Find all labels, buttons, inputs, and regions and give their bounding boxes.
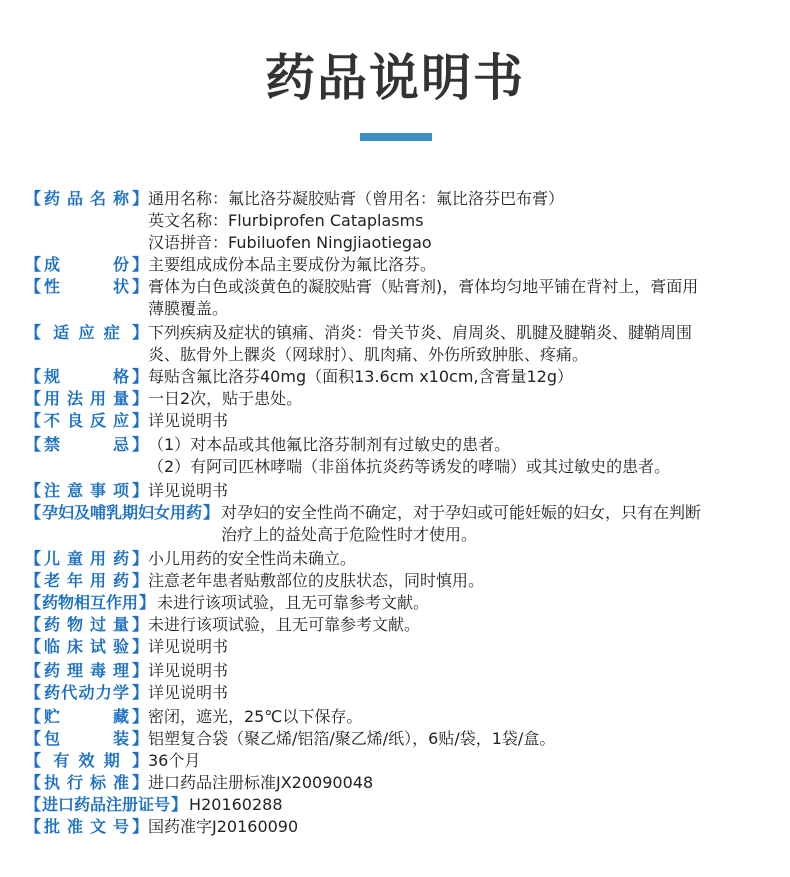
close-bracket: 】 <box>132 388 148 410</box>
section-label-text: 药理毒理 <box>41 660 132 682</box>
close-bracket: 】 <box>132 434 148 456</box>
open-bracket: 【 <box>25 480 41 502</box>
open-bracket: 【 <box>25 366 41 388</box>
section-value: 进口药品注册标准JX20090048 <box>148 772 785 794</box>
close-bracket: 】 <box>132 548 148 570</box>
section-value-line: 详见说明书 <box>148 682 785 704</box>
open-bracket: 【 <box>25 816 41 838</box>
section-value: 国药准字J20160090 <box>148 816 785 838</box>
close-bracket: 】 <box>132 254 148 276</box>
section-row: 【贮藏】密闭，遮光，25℃以下保存。 <box>25 706 785 728</box>
section-value-line: 薄膜覆盖。 <box>148 298 785 320</box>
section-row: 【药理毒理】详见说明书 <box>25 660 785 682</box>
section-label: 【性状】 <box>25 276 148 298</box>
open-bracket: 【 <box>25 660 41 682</box>
section-label-text: 适应症 <box>41 322 132 344</box>
section-value: 每贴含氟比洛芬40mg（面积13.6cm x10cm,含膏量12g） <box>148 366 785 388</box>
close-bracket: 】 <box>132 410 148 432</box>
instruction-sections: 【药品名称】通用名称：氟比洛芬凝胶贴膏（曾用名：氟比洛芬巴布膏）英文名称：Flu… <box>25 188 785 838</box>
section-label: 【临床试验】 <box>25 636 148 658</box>
section-label-text: 注意事项 <box>41 480 132 502</box>
section-label: 【适应症】 <box>25 322 148 344</box>
section-label-text: 老年用药 <box>41 570 132 592</box>
close-bracket: 】 <box>132 706 148 728</box>
close-bracket: 】 <box>132 322 148 344</box>
open-bracket: 【 <box>25 592 41 614</box>
close-bracket: 】 <box>132 366 148 388</box>
section-value-line: 小儿用药的安全性尚未确立。 <box>148 548 785 570</box>
section-row: 【临床试验】详见说明书 <box>25 636 785 658</box>
section-label: 【注意事项】 <box>25 480 148 502</box>
section-value-line: 进口药品注册标准JX20090048 <box>148 772 785 794</box>
section-value: 小儿用药的安全性尚未确立。 <box>148 548 785 570</box>
open-bracket: 【 <box>25 502 41 524</box>
section-label-text: 药代动力学 <box>41 682 132 704</box>
section-row: 【进口药品注册证号】H20160288 <box>25 794 785 816</box>
section-value-line: 国药准字J20160090 <box>148 816 785 838</box>
open-bracket: 【 <box>25 728 41 750</box>
section-value-line: 主要组成成份本品主要成份为氟比洛芬。 <box>148 254 785 276</box>
section-row: 【禁忌】（1）对本品或其他氟比洛芬制剂有过敏史的患者。（2）有阿司匹林哮喘（非甾… <box>25 434 785 478</box>
section-label-text: 有效期 <box>41 750 132 772</box>
section-value: 主要组成成份本品主要成份为氟比洛芬。 <box>148 254 785 276</box>
close-bracket: 】 <box>132 660 148 682</box>
section-row: 【注意事项】详见说明书 <box>25 480 785 502</box>
section-label-text: 执行标准 <box>41 772 132 794</box>
open-bracket: 【 <box>25 434 41 456</box>
section-label-text: 药物过量 <box>41 614 132 636</box>
section-label: 【药品名称】 <box>25 188 148 210</box>
section-value: 一日2次，贴于患处。 <box>148 388 785 410</box>
section-value: 未进行该项试验，且无可靠参考文献。 <box>148 614 785 636</box>
page-title: 药品说明书 <box>0 48 790 108</box>
section-value: 注意老年患者贴敷部位的皮肤状态，同时慎用。 <box>148 570 785 592</box>
close-bracket: 】 <box>132 728 148 750</box>
section-label: 【孕妇及哺乳期妇女用药】 <box>25 502 219 524</box>
section-label-text: 孕妇及哺乳期妇女用药 <box>41 502 203 524</box>
section-label-text: 儿童用药 <box>41 548 132 570</box>
section-value: 膏体为白色或淡黄色的凝胶贴膏（贴膏剂)，膏体均匀地平铺在背衬上，膏面用薄膜覆盖。 <box>148 276 785 320</box>
section-value: 下列疾病及症状的镇痛、消炎：骨关节炎、肩周炎、肌腱及腱鞘炎、腱鞘周围炎、肱骨外上… <box>148 322 785 366</box>
close-bracket: 】 <box>132 682 148 704</box>
section-value-line: 炎、肱骨外上髁炎（网球肘）、肌肉痛、外伤所致肿胀、疼痛。 <box>148 344 785 366</box>
section-value: 密闭，遮光，25℃以下保存。 <box>148 706 785 728</box>
section-row: 【药物相互作用】未进行该项试验，且无可靠参考文献。 <box>25 592 785 614</box>
section-label: 【老年用药】 <box>25 570 148 592</box>
open-bracket: 【 <box>25 706 41 728</box>
section-label: 【药物过量】 <box>25 614 148 636</box>
section-label-text: 药品名称 <box>41 188 132 210</box>
close-bracket: 】 <box>139 592 155 614</box>
section-row: 【适应症】下列疾病及症状的镇痛、消炎：骨关节炎、肩周炎、肌腱及腱鞘炎、腱鞘周围炎… <box>25 322 785 366</box>
close-bracket: 】 <box>132 816 148 838</box>
section-label-text: 规格 <box>41 366 132 388</box>
section-value-line: 密闭，遮光，25℃以下保存。 <box>148 706 785 728</box>
section-label-text: 不良反应 <box>41 410 132 432</box>
section-value: 详见说明书 <box>148 682 785 704</box>
section-row: 【儿童用药】小儿用药的安全性尚未确立。 <box>25 548 785 570</box>
section-label: 【用法用量】 <box>25 388 148 410</box>
section-label-text: 成份 <box>41 254 132 276</box>
section-label-text: 贮藏 <box>41 706 132 728</box>
section-value: 详见说明书 <box>148 480 785 502</box>
section-value: （1）对本品或其他氟比洛芬制剂有过敏史的患者。（2）有阿司匹林哮喘（非甾体抗炎药… <box>148 434 785 478</box>
open-bracket: 【 <box>25 254 41 276</box>
section-label-text: 药物相互作用 <box>41 592 139 614</box>
section-value-line: 汉语拼音：Fubiluofen Ningjiaotiegao <box>148 232 785 254</box>
open-bracket: 【 <box>25 570 41 592</box>
section-row: 【用法用量】一日2次，贴于患处。 <box>25 388 785 410</box>
section-value-line: 详见说明书 <box>148 636 785 658</box>
section-row: 【不良反应】详见说明书 <box>25 410 785 432</box>
section-value-line: 铝塑复合袋（聚乙烯/铝箔/聚乙烯/纸），6贴/袋，1袋/盒。 <box>148 728 785 750</box>
open-bracket: 【 <box>25 636 41 658</box>
open-bracket: 【 <box>25 750 41 772</box>
section-value-line: 详见说明书 <box>148 480 785 502</box>
close-bracket: 】 <box>132 750 148 772</box>
section-value-line: 每贴含氟比洛芬40mg（面积13.6cm x10cm,含膏量12g） <box>148 366 785 388</box>
section-label: 【规格】 <box>25 366 148 388</box>
close-bracket: 】 <box>132 276 148 298</box>
close-bracket: 】 <box>132 772 148 794</box>
section-row: 【药代动力学】详见说明书 <box>25 682 785 704</box>
section-label: 【批准文号】 <box>25 816 148 838</box>
open-bracket: 【 <box>25 794 41 816</box>
section-row: 【执行标准】进口药品注册标准JX20090048 <box>25 772 785 794</box>
section-value: 未进行该项试验，且无可靠参考文献。 <box>157 592 785 614</box>
section-value-line: 注意老年患者贴敷部位的皮肤状态，同时慎用。 <box>148 570 785 592</box>
open-bracket: 【 <box>25 682 41 704</box>
section-value-line: （1）对本品或其他氟比洛芬制剂有过敏史的患者。 <box>148 434 785 456</box>
section-row: 【孕妇及哺乳期妇女用药】对孕妇的安全性尚不确定，对于孕妇或可能妊娠的妇女，只有在… <box>25 502 785 546</box>
section-value-line: 未进行该项试验，且无可靠参考文献。 <box>157 592 785 614</box>
section-label: 【进口药品注册证号】 <box>25 794 187 816</box>
close-bracket: 】 <box>132 480 148 502</box>
section-value-line: 通用名称：氟比洛芬凝胶贴膏（曾用名：氟比洛芬巴布膏） <box>148 188 785 210</box>
section-label-text: 进口药品注册证号 <box>41 794 171 816</box>
section-value: 详见说明书 <box>148 636 785 658</box>
section-label-text: 批准文号 <box>41 816 132 838</box>
section-value: H20160288 <box>189 794 785 816</box>
section-label: 【包装】 <box>25 728 148 750</box>
section-label-text: 禁忌 <box>41 434 132 456</box>
open-bracket: 【 <box>25 614 41 636</box>
section-row: 【成份】主要组成成份本品主要成份为氟比洛芬。 <box>25 254 785 276</box>
open-bracket: 【 <box>25 276 41 298</box>
title-underline-bar <box>360 133 432 141</box>
section-value-line: 未进行该项试验，且无可靠参考文献。 <box>148 614 785 636</box>
close-bracket: 】 <box>171 794 187 816</box>
section-value-line: H20160288 <box>189 794 785 816</box>
section-label-text: 用法用量 <box>41 388 132 410</box>
section-value-line: 治疗上的益处高于危险性时才使用。 <box>221 524 785 546</box>
section-row: 【规格】每贴含氟比洛芬40mg（面积13.6cm x10cm,含膏量12g） <box>25 366 785 388</box>
open-bracket: 【 <box>25 548 41 570</box>
section-label: 【药理毒理】 <box>25 660 148 682</box>
section-label: 【药物相互作用】 <box>25 592 155 614</box>
section-row: 【有效期】36个月 <box>25 750 785 772</box>
section-label: 【贮藏】 <box>25 706 148 728</box>
section-value-line: 下列疾病及症状的镇痛、消炎：骨关节炎、肩周炎、肌腱及腱鞘炎、腱鞘周围 <box>148 322 785 344</box>
section-value: 详见说明书 <box>148 410 785 432</box>
section-label: 【成份】 <box>25 254 148 276</box>
section-label-text: 临床试验 <box>41 636 132 658</box>
open-bracket: 【 <box>25 322 41 344</box>
section-label: 【药代动力学】 <box>25 682 148 704</box>
section-value-line: 膏体为白色或淡黄色的凝胶贴膏（贴膏剂)，膏体均匀地平铺在背衬上，膏面用 <box>148 276 785 298</box>
section-label: 【有效期】 <box>25 750 148 772</box>
close-bracket: 】 <box>132 570 148 592</box>
section-label: 【执行标准】 <box>25 772 148 794</box>
section-row: 【老年用药】注意老年患者贴敷部位的皮肤状态，同时慎用。 <box>25 570 785 592</box>
open-bracket: 【 <box>25 410 41 432</box>
section-label: 【禁忌】 <box>25 434 148 456</box>
section-value: 铝塑复合袋（聚乙烯/铝箔/聚乙烯/纸），6贴/袋，1袋/盒。 <box>148 728 785 750</box>
open-bracket: 【 <box>25 188 41 210</box>
section-row: 【性状】膏体为白色或淡黄色的凝胶贴膏（贴膏剂)，膏体均匀地平铺在背衬上，膏面用薄… <box>25 276 785 320</box>
section-value-line: （2）有阿司匹林哮喘（非甾体抗炎药等诱发的哮喘）或其过敏史的患者。 <box>148 456 785 478</box>
close-bracket: 】 <box>203 502 219 524</box>
section-value: 36个月 <box>148 750 785 772</box>
section-label: 【儿童用药】 <box>25 548 148 570</box>
close-bracket: 】 <box>132 636 148 658</box>
section-label-text: 性状 <box>41 276 132 298</box>
section-value: 详见说明书 <box>148 660 785 682</box>
open-bracket: 【 <box>25 388 41 410</box>
open-bracket: 【 <box>25 772 41 794</box>
section-label: 【不良反应】 <box>25 410 148 432</box>
section-value-line: 对孕妇的安全性尚不确定，对于孕妇或可能妊娠的妇女，只有在判断 <box>221 502 785 524</box>
section-value: 通用名称：氟比洛芬凝胶贴膏（曾用名：氟比洛芬巴布膏）英文名称：Flurbipro… <box>148 188 785 254</box>
section-row: 【包装】铝塑复合袋（聚乙烯/铝箔/聚乙烯/纸），6贴/袋，1袋/盒。 <box>25 728 785 750</box>
section-value: 对孕妇的安全性尚不确定，对于孕妇或可能妊娠的妇女，只有在判断治疗上的益处高于危险… <box>221 502 785 546</box>
section-row: 【批准文号】国药准字J20160090 <box>25 816 785 838</box>
section-row: 【药品名称】通用名称：氟比洛芬凝胶贴膏（曾用名：氟比洛芬巴布膏）英文名称：Flu… <box>25 188 785 254</box>
section-value-line: 英文名称：Flurbiprofen Cataplasms <box>148 210 785 232</box>
close-bracket: 】 <box>132 614 148 636</box>
section-value-line: 详见说明书 <box>148 410 785 432</box>
section-row: 【药物过量】未进行该项试验，且无可靠参考文献。 <box>25 614 785 636</box>
close-bracket: 】 <box>132 188 148 210</box>
section-value-line: 36个月 <box>148 750 785 772</box>
section-label-text: 包装 <box>41 728 132 750</box>
section-value-line: 详见说明书 <box>148 660 785 682</box>
section-value-line: 一日2次，贴于患处。 <box>148 388 785 410</box>
